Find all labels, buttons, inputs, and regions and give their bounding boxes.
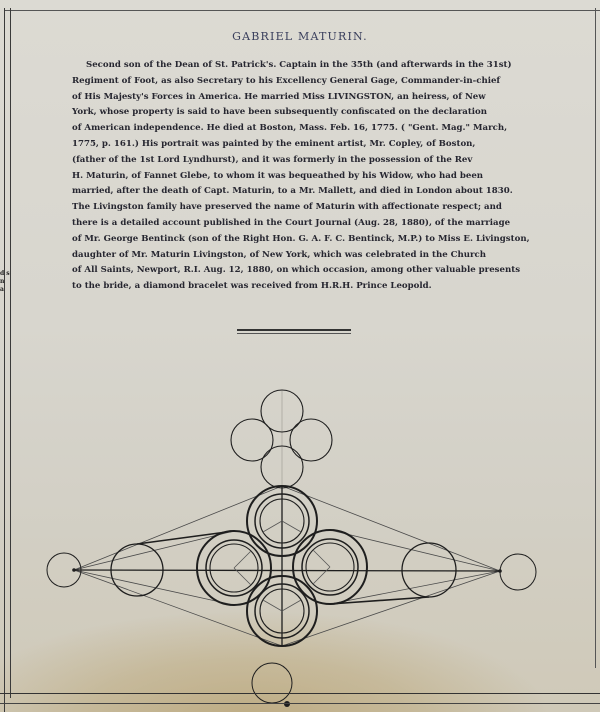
scanned-document-page: d s n a GABRIEL MATURIN. Second son of t…: [0, 0, 600, 712]
quatrefoil-circle: [231, 419, 273, 461]
construction-line: [330, 571, 500, 604]
radial-line: [282, 521, 301, 532]
construction-line: [330, 530, 500, 571]
outer-circle-bottom: [252, 663, 292, 703]
horizontal-axis-line: [74, 570, 500, 571]
construction-line: [74, 570, 282, 646]
construction-line: [74, 570, 234, 605]
outer-circle-mid-right: [402, 543, 456, 597]
ink-blot: [284, 701, 290, 707]
radial-line: [234, 551, 251, 568]
bottom-rule-upper: [0, 693, 600, 694]
bottom-rule-lower: [0, 703, 600, 704]
tangent-line: [137, 531, 234, 544]
radial-line: [263, 521, 282, 532]
radial-line: [282, 600, 301, 611]
construction-line: [74, 486, 282, 570]
apex-point: [498, 569, 502, 573]
radial-line: [313, 567, 330, 584]
radial-line: [313, 550, 330, 567]
geometric-circle-diagram: [0, 0, 600, 712]
apex-point: [72, 568, 76, 572]
outer-circle-far-right: [500, 554, 536, 590]
quatrefoil-circle: [290, 419, 332, 461]
radial-line: [263, 600, 282, 611]
construction-line: [282, 486, 500, 571]
